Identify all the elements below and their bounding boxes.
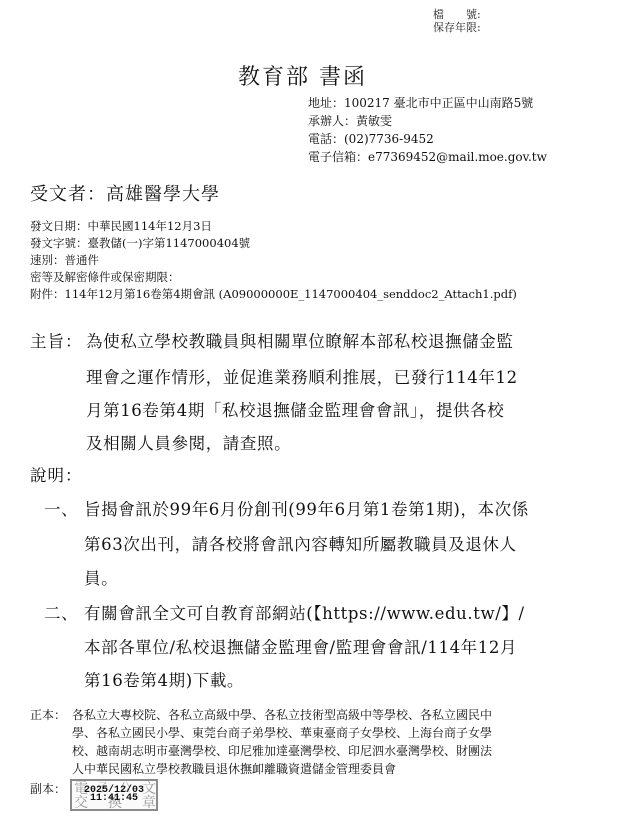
subject-label: 主旨： — [30, 328, 83, 352]
explanation-item-line: 本部各單位/私校退撫儲金監理會/監理會會訊/114年12月 — [84, 634, 517, 658]
delivery-speed: 速別：普通件 — [30, 252, 99, 269]
contact-phone: 電話：(02)7736-9452 — [308, 130, 434, 148]
main-recipients-line: 校、越南胡志明市臺灣學校、印尼雅加達臺灣學校、印尼泗水臺灣學校、財團法 — [72, 742, 492, 760]
file-number-label: 檔 號: — [433, 8, 481, 21]
document-number: 發文字號：臺教儲(一)字第1147000404號 — [30, 235, 250, 252]
explanation-item-line: 有關會訊全文可自教育部網站(【https://www.edu.tw/】/ — [84, 600, 525, 624]
copy-recipients-label: 副本： — [30, 780, 66, 798]
subject-line: 理會之運作情形，並促進業務順利推展，已發行114年12 — [86, 364, 518, 388]
contact-email: 電子信箱：e77369452@mail.moe.gov.tw — [308, 148, 547, 166]
explanation-item-line: 員。 — [84, 565, 118, 589]
issue-date: 發文日期：中華民國114年12月3日 — [30, 218, 212, 235]
sender-address: 地址：100217 臺北市中正區中山南路5號 — [308, 94, 533, 112]
main-recipients-line: 人中華民國私立學校教職員退休撫卹離職資遣儲金管理委員會 — [72, 760, 396, 778]
explanation-item-line: 旨揭會訊於99年6月份創刊(99年6月第1卷第1期)，本次係 — [84, 496, 529, 520]
classification: 密等及解密條件或保密期限： — [30, 269, 180, 286]
explanation-item-line: 第63次出刊，請各校將會訊內容轉知所屬教職員及退休人 — [84, 531, 517, 555]
subject-line: 為使私立學校教職員與相關單位瞭解本部私校退撫儲金監 — [86, 328, 514, 352]
main-recipients-line: 學、各私立國民小學、東莞台商子弟學校、華東臺商子女學校、上海台商子女學 — [72, 724, 492, 742]
document-title: 教育部 書函 — [238, 60, 367, 91]
retention-period-label: 保存年限: — [433, 21, 481, 34]
attachment-link[interactable]: 附件：114年12月第16卷第4期會訊 (A09000000E_11470004… — [30, 286, 517, 303]
main-recipients-line: 各私立大專校院、各私立高級中學、各私立技術型高級中等學校、各私立國民中 — [72, 706, 492, 724]
explanation-item-marker: 一、 — [44, 496, 78, 520]
subject-line: 月第16卷第4期「私校退撫儲金監理會會訊」，提供各校 — [86, 397, 504, 421]
explanation-label: 說明： — [30, 462, 83, 486]
recipient: 受文者：高雄醫學大學 — [30, 180, 220, 206]
subject-line: 及相關人員參閱，請查照。 — [86, 430, 291, 454]
electronic-exchange-stamp: 電 子 公 文 交 換 章 2025/12/03 11:41:45 — [70, 779, 158, 811]
explanation-item-line: 第16卷第4期)下載。 — [84, 667, 244, 691]
explanation-item-marker: 二、 — [44, 600, 78, 624]
stamp-time: 11:41:45 — [72, 794, 156, 803]
contact-person: 承辦人：黃敏雯 — [308, 112, 392, 130]
main-recipients-label: 正本： — [30, 706, 66, 724]
